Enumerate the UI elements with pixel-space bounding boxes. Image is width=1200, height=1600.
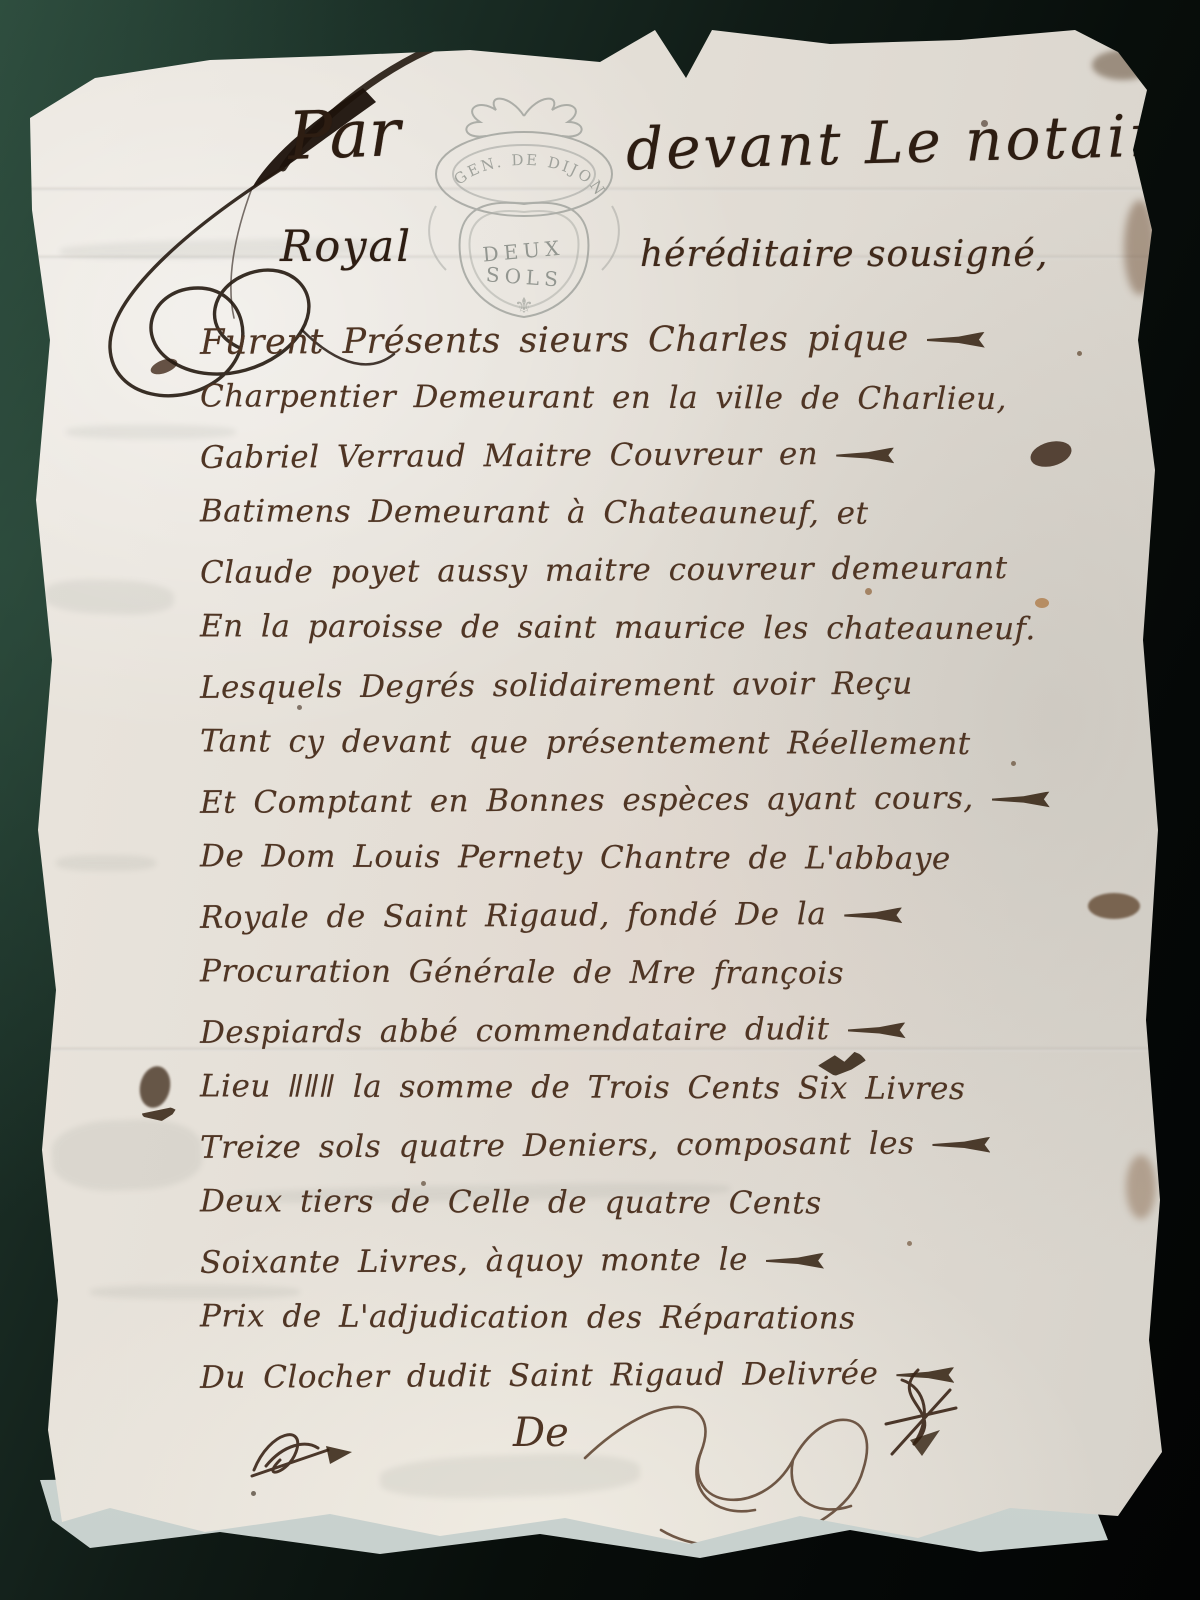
manuscript-line: Tant cy devant que présentement Réelleme… xyxy=(200,713,1160,774)
manuscript-line: Treize sols quatre Deniers, composant le… xyxy=(200,1114,1160,1177)
line-filler-wedge xyxy=(927,332,985,348)
svg-text:GEN. DE DIJON: GEN. DE DIJON xyxy=(450,151,609,200)
manuscript-line-text: Lieu ǁǁǁ la somme de Trois Cents Six Liv… xyxy=(200,1068,965,1107)
line-filler-wedge xyxy=(836,447,894,463)
foxing-stain xyxy=(1124,200,1156,295)
manuscript-line-text: Tant cy devant que présentement Réelleme… xyxy=(200,723,971,762)
manuscript-line-text: Deux tiers de Celle de quatre Cents xyxy=(200,1183,822,1221)
manuscript-line: Royale de Saint Rigaud, fondé De la xyxy=(200,884,1160,947)
manuscript-line-text: Furent Présents sieurs Charles pique xyxy=(200,319,909,363)
stamp-denomination-sols: SOLS xyxy=(485,262,564,291)
manuscript-line: Despiards abbé commendataire dudit xyxy=(200,999,1160,1062)
manuscript-line-text: Gabriel Verraud Maitre Couvreur en xyxy=(200,436,818,476)
line-filler-wedge xyxy=(847,1022,905,1038)
title-word-par: Par xyxy=(287,94,402,175)
manuscript-line-text: En la paroisse de saint maurice les chat… xyxy=(200,608,1036,647)
manuscript-line-text: Royale de Saint Rigaud, fondé De la xyxy=(200,896,826,936)
manuscript-line-text: Batimens Demeurant à Chateauneuf, et xyxy=(200,493,869,531)
line-filler-wedge xyxy=(844,907,902,923)
stamp-arc-text: GEN. DE DIJON xyxy=(450,151,609,200)
paraph-right xyxy=(862,1360,972,1490)
tax-stamp: GEN. DE DIJON DEUX SOLS ⚜ xyxy=(398,86,650,328)
manuscript-line: En la paroisse de saint maurice les chat… xyxy=(200,598,1160,659)
manuscript-line: Procuration Générale de Mre françois xyxy=(200,943,1160,1004)
ink-specks xyxy=(0,0,3,3)
stamp-crest xyxy=(466,99,524,137)
subtitle-word-royal: Royal xyxy=(280,222,412,272)
manuscript-line-text: Et Comptant en Bonnes espèces ayant cour… xyxy=(200,780,974,821)
line-filler-wedge xyxy=(932,1137,990,1153)
manuscript-line-text: Prix de L'adjudication des Réparations xyxy=(200,1298,856,1336)
manuscript-line: Soixante Livres, àquoy monte le xyxy=(200,1229,1160,1292)
manuscript-line: Furent Présents sieurs Charles pique xyxy=(200,309,1160,372)
bleed-through-mark xyxy=(56,855,156,871)
manuscript-line: Prix de L'adjudication des Réparations xyxy=(200,1288,1160,1349)
subtitle-phrase-hereditaire: héréditaire sousigné, xyxy=(640,234,1048,275)
bleed-through-mark xyxy=(51,1117,203,1192)
manuscript-line-text: Despiards abbé commendataire dudit xyxy=(200,1011,830,1051)
manuscript-line: Lesquels Degrés solidairement avoir Reçu xyxy=(200,654,1160,717)
manuscript-page: GEN. DE DIJON DEUX SOLS ⚜ Par devant Le … xyxy=(0,0,1200,1600)
manuscript-body: Furent Présents sieurs Charles piqueChar… xyxy=(200,312,1160,1405)
photo-scene: GEN. DE DIJON DEUX SOLS ⚜ Par devant Le … xyxy=(0,0,1200,1600)
manuscript-line: Charpentier Demeurant en la ville de Cha… xyxy=(200,368,1160,429)
manuscript-line-text: Treize sols quatre Deniers, composant le… xyxy=(200,1126,915,1166)
manuscript-line-text: Lesquels Degrés solidairement avoir Reçu xyxy=(200,666,913,706)
title-phrase-devant-le-notaire: devant Le notaire xyxy=(625,101,1198,184)
manuscript-line: Gabriel Verraud Maitre Couvreur en xyxy=(200,424,1160,487)
foxing-stain xyxy=(1092,50,1154,80)
manuscript-line: Lieu ǁǁǁ la somme de Trois Cents Six Liv… xyxy=(200,1058,1160,1119)
line-filler-wedge xyxy=(766,1253,824,1269)
manuscript-line: Claude poyet aussy maitre couvreur demeu… xyxy=(200,539,1160,602)
manuscript-line-text: De Dom Louis Pernety Chantre de L'abbaye xyxy=(200,838,951,877)
line-filler-wedge xyxy=(992,791,1050,807)
ink-blot xyxy=(136,1063,174,1110)
bleed-through-mark xyxy=(43,578,174,617)
manuscript-line: De Dom Louis Pernety Chantre de L'abbaye xyxy=(200,828,1160,889)
manuscript-line-text: Claude poyet aussy maitre couvreur demeu… xyxy=(200,550,1008,591)
manuscript-line: Batimens Demeurant à Chateauneuf, et xyxy=(200,483,1160,544)
manuscript-line: Deux tiers de Celle de quatre Cents xyxy=(200,1173,1160,1234)
manuscript-line-text: Soixante Livres, àquoy monte le xyxy=(200,1242,748,1281)
manuscript-line-text: Charpentier Demeurant en la ville de Cha… xyxy=(200,378,1007,417)
manuscript-line: Et Comptant en Bonnes espèces ayant cour… xyxy=(200,769,1160,832)
manuscript-line-text: Procuration Générale de Mre françois xyxy=(200,953,844,991)
paraph-left xyxy=(240,1408,360,1498)
closing-abbreviation: De xyxy=(512,1410,569,1456)
